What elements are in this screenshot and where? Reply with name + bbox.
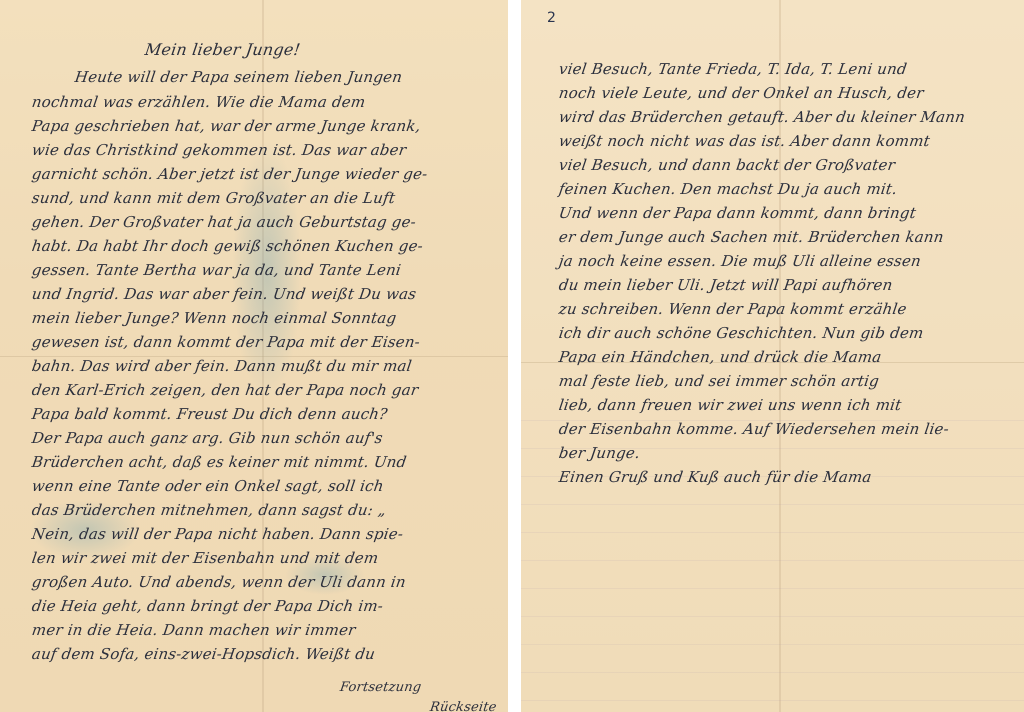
letter-line: ber Junge.	[558, 444, 642, 462]
ruled-line	[521, 504, 1024, 505]
ruled-line	[521, 560, 1024, 561]
letter-line: der Eisenbahn komme. Auf Wiedersehen mei…	[558, 420, 950, 438]
letter-line: wird das Brüderchen getauft. Aber du kle…	[558, 108, 967, 126]
letter-line: feinen Kuchen. Den machst Du ja auch mit…	[558, 180, 899, 198]
letter-line: wenn eine Tante oder ein Onkel sagt, sol…	[31, 477, 385, 495]
letter-line: Heute will der Papa seinem lieben Jungen	[74, 68, 404, 86]
letter-line: weißt noch nicht was das ist. Aber dann …	[558, 132, 931, 150]
page-number-mark: 2	[547, 10, 556, 26]
letter-line: er dem Junge auch Sachen mit. Brüderchen…	[558, 228, 945, 246]
letter-line: bahn. Das wird aber fein. Dann mußt du m…	[31, 357, 413, 375]
letter-line: Papa geschrieben hat, war der arme Junge…	[31, 117, 422, 135]
letter-line: viel Besuch, Tante Frieda, T. Ida, T. Le…	[558, 60, 908, 78]
letter-line: sund, und kann mit dem Großvater an die …	[31, 189, 397, 207]
continuation-note: Fortsetzung	[339, 680, 422, 695]
letter-line: zu schreiben. Wenn der Papa kommt erzähl…	[558, 300, 908, 318]
letter-line: Papa bald kommt. Freust Du dich denn auc…	[31, 405, 389, 423]
letter-line: Nein, das will der Papa nicht haben. Dan…	[31, 525, 405, 543]
letter-line: len wir zwei mit der Eisenbahn und mit d…	[31, 549, 380, 567]
letter-line: mal feste lieb, und sei immer schön arti…	[558, 372, 881, 390]
ruled-line	[521, 672, 1024, 673]
letter-line: ich dir auch schöne Geschichten. Nun gib…	[558, 324, 925, 342]
letter-line: gewesen ist, dann kommt der Papa mit der…	[31, 333, 422, 351]
letter-line: die Heia geht, dann bringt der Papa Dich…	[31, 597, 385, 615]
ruled-line	[521, 644, 1024, 645]
ruled-line	[521, 700, 1024, 701]
letter-line: mer in die Heia. Dann machen wir immer	[31, 621, 357, 639]
letter-line: Der Papa auch ganz arg. Gib nun schön au…	[31, 429, 384, 447]
salutation: Mein lieber Junge!	[144, 40, 302, 59]
letter-line: das Brüderchen mitnehmen, dann sagst du:…	[31, 501, 388, 519]
letter-line: du mein lieber Uli. Jetzt will Papi aufh…	[558, 276, 894, 294]
letter-line: Brüderchen acht, daß es keiner mit nimmt…	[31, 453, 408, 471]
ruled-line	[521, 588, 1024, 589]
letter-line: noch viele Leute, und der Onkel an Husch…	[558, 84, 925, 102]
letter-line: Und wenn der Papa dann kommt, dann bring…	[558, 204, 918, 222]
letter-page-left: Mein lieber Junge! Heute will der Papa s…	[0, 0, 508, 712]
letter-line: garnicht schön. Aber jetzt ist der Junge…	[31, 165, 429, 183]
letter-line: gessen. Tante Bertha war ja da, und Tant…	[31, 261, 403, 279]
letter-line: auf dem Sofa, eins-zwei-Hopsdich. Weißt …	[31, 645, 377, 663]
letter-line: großen Auto. Und abends, wenn der Uli da…	[31, 573, 407, 591]
ruled-line	[521, 532, 1024, 533]
letter-line: viel Besuch, und dann backt der Großvate…	[558, 156, 897, 174]
letter-line: Einen Gruß und Kuß auch für die Mama	[558, 468, 873, 486]
letter-line: ja noch keine essen. Die muß Uli alleine…	[558, 252, 923, 270]
letter-line: wie das Christkind gekommen ist. Das war…	[31, 141, 408, 159]
letter-line: lieb, dann freuen wir zwei uns wenn ich …	[558, 396, 903, 414]
letter-line: den Karl-Erich zeigen, den hat der Papa …	[31, 381, 420, 399]
letter-line: gehen. Der Großvater hat ja auch Geburts…	[31, 213, 418, 231]
letter-line: mein lieber Junge? Wenn noch einmal Sonn…	[31, 309, 398, 327]
continuation-note-reverse: Rückseite	[429, 700, 498, 712]
letter-page-right: 2 viel Besuch, Tante Frieda, T. Ida, T. …	[521, 0, 1024, 712]
letter-line: und Ingrid. Das war aber fein. Und weißt…	[31, 285, 418, 303]
letter-line: habt. Da habt Ihr doch gewiß schönen Kuc…	[31, 237, 425, 255]
ruled-line	[521, 616, 1024, 617]
letter-line: nochmal was erzählen. Wie die Mama dem	[31, 93, 367, 111]
letter-line: Papa ein Händchen, und drück die Mama	[558, 348, 883, 366]
